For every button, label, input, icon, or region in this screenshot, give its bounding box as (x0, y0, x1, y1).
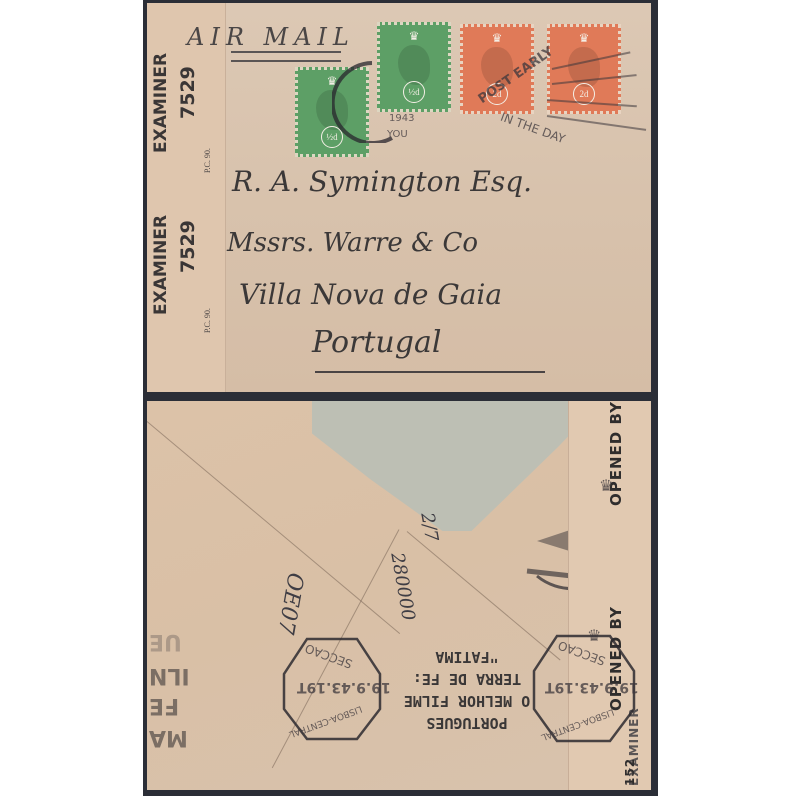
slogan-line: PORTUGUES (397, 712, 537, 734)
hand-note: 280000 (386, 551, 419, 622)
envelope-back: UE ILN FE MA OE07 280000 2/7 19.9.43.19T… (147, 401, 651, 790)
cancel-wave (547, 115, 646, 131)
slogan-line: O MELHOR FILME (397, 690, 537, 712)
postmark-date: 19.9.43.19T (297, 679, 391, 695)
crown-icon: ♛ (409, 29, 420, 43)
address-line-3: Villa Nova de Gaia (239, 278, 502, 311)
crown-icon: ♛ (587, 626, 601, 645)
hand-note: OE07 (272, 571, 307, 636)
airmail-underline (231, 51, 341, 53)
examiner-number: 7529 (177, 220, 199, 273)
censor-tape-examiner: EXAMINER 7529 P.C. 90. EXAMINER 7529 P.C… (147, 3, 226, 392)
postmark-date: 19.9.43.19T (545, 679, 639, 695)
faint-slogan: UE (149, 629, 182, 654)
crown-icon: ♛ (579, 31, 590, 45)
postmark-fragment: YOU (387, 129, 408, 140)
form-code: P.C. 90. (203, 148, 212, 173)
faint-slogan: FE (149, 693, 179, 718)
airmail-underline (231, 60, 341, 62)
address-underline (315, 371, 545, 373)
airmail-label: AIR MAIL (187, 23, 355, 51)
envelope-front: EXAMINER 7529 P.C. 90. EXAMINER 7529 P.C… (147, 3, 651, 392)
slogan-cancel: PORTUGUES O MELHOR FILME TERRA DE FE: "F… (397, 646, 537, 734)
examiner-label: EXAMINER (151, 215, 171, 315)
postmark-year: 1943 (389, 113, 414, 124)
crown-icon: ♛ (492, 31, 503, 45)
slogan-line: TERRA DE FE: (397, 668, 537, 690)
address-line-2: Mssrs. Warre & Co (227, 228, 478, 258)
examiner-number-fragment: 152 (623, 758, 637, 786)
address-line-1: R. A. Symington Esq. (232, 165, 532, 198)
postmark-circle (332, 53, 432, 143)
crown-icon: ♛ (599, 476, 613, 495)
slogan-postmark: IN THE DAY (499, 110, 567, 146)
faint-slogan: MA (149, 725, 188, 750)
address-line-4: Portugal (312, 325, 441, 360)
examiner-number: 7529 (177, 66, 199, 119)
slogan-line: "FATIMA (397, 646, 537, 668)
examiner-label: EXAMINER (151, 53, 171, 153)
form-code: P.C. 90. (203, 308, 212, 333)
faint-slogan: ILN (149, 663, 190, 688)
